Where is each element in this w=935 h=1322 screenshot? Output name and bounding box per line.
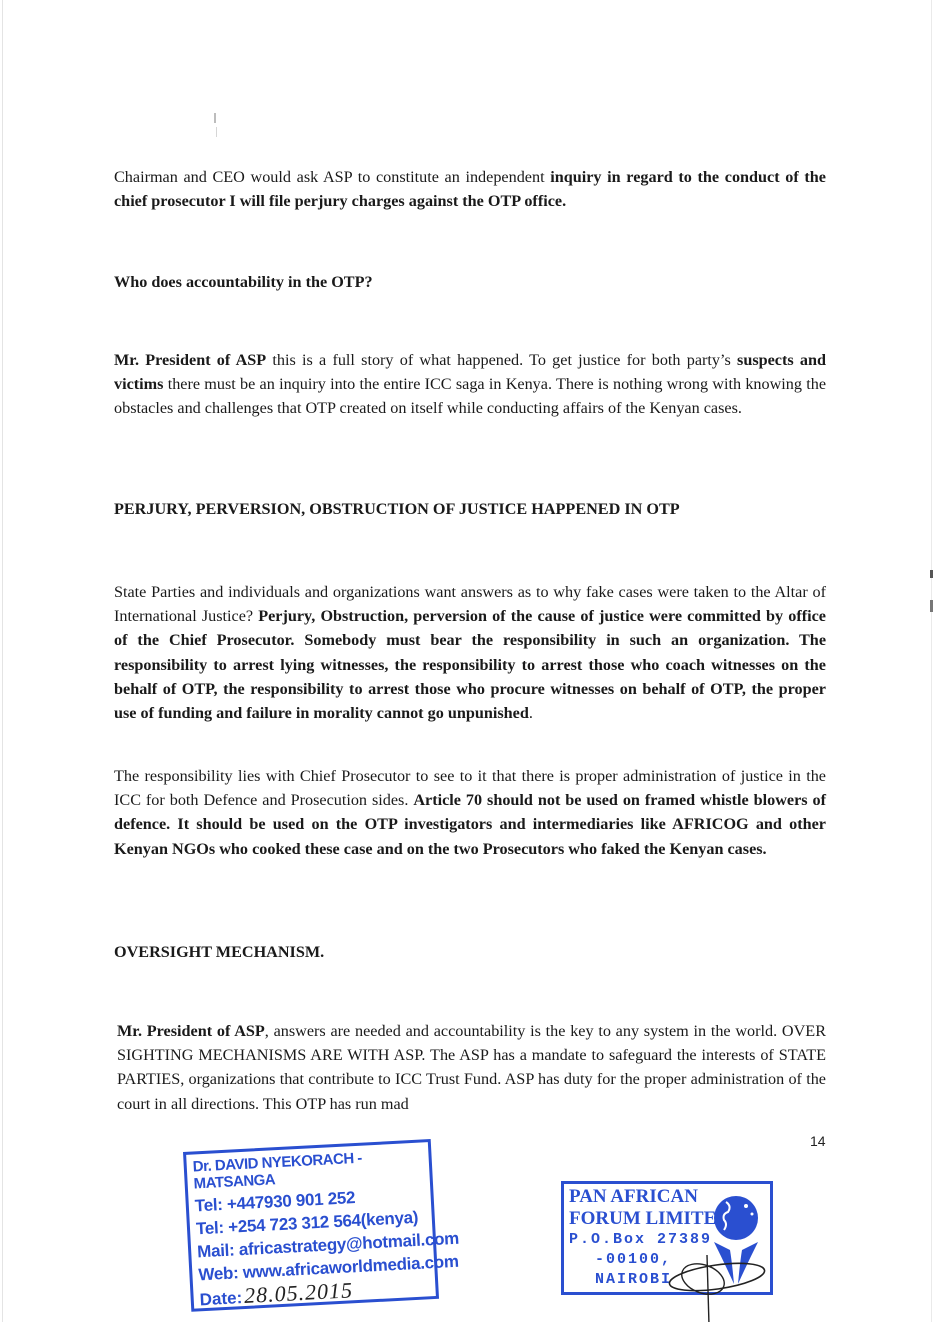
paragraph-full-story: Mr. President of ASP this is a full stor…: [114, 348, 826, 421]
heading-perjury: PERJURY, PERVERSION, OBSTRUCTION OF JUST…: [114, 500, 680, 519]
stamp-date-label: Date:: [199, 1288, 242, 1309]
paragraph-text: .: [529, 704, 533, 722]
paragraph-state-parties: State Parties and individuals and organi…: [114, 580, 826, 725]
document-page: Chairman and CEO would ask ASP to consti…: [0, 0, 935, 1322]
paragraph-text: Chairman and CEO would ask ASP to consti…: [114, 168, 550, 186]
scan-artifact: [216, 127, 217, 137]
heading-accountability: Who does accountability in the OTP?: [114, 273, 373, 292]
paragraph-bold-text: Mr. President of ASP: [114, 351, 266, 369]
paragraph-responsibility: The responsibility lies with Chief Prose…: [114, 764, 826, 861]
scan-edge-left: [2, 0, 3, 1322]
scan-artifact: [930, 600, 933, 612]
paragraph-oversight: Mr. President of ASP, answers are needed…: [117, 1019, 826, 1116]
heading-oversight: OVERSIGHT MECHANISM.: [114, 943, 324, 962]
stamp-date-handwritten: 28.05.2015: [243, 1277, 353, 1308]
paragraph-inquiry: Chairman and CEO would ask ASP to consti…: [114, 165, 826, 213]
scan-artifact: [930, 570, 933, 578]
scan-edge-right: [931, 0, 932, 1322]
paragraph-text: there must be an inquiry into the entire…: [114, 375, 826, 417]
paragraph-bold-text: Mr. President of ASP: [117, 1022, 265, 1040]
scan-artifact: [214, 113, 216, 123]
paragraph-text: this is a full story of what happened. T…: [266, 351, 737, 369]
page-number: 14: [810, 1133, 826, 1149]
contact-stamp: Dr. DAVID NYEKORACH - MATSANGA Tel: +447…: [183, 1139, 439, 1312]
signature: [665, 1255, 780, 1322]
